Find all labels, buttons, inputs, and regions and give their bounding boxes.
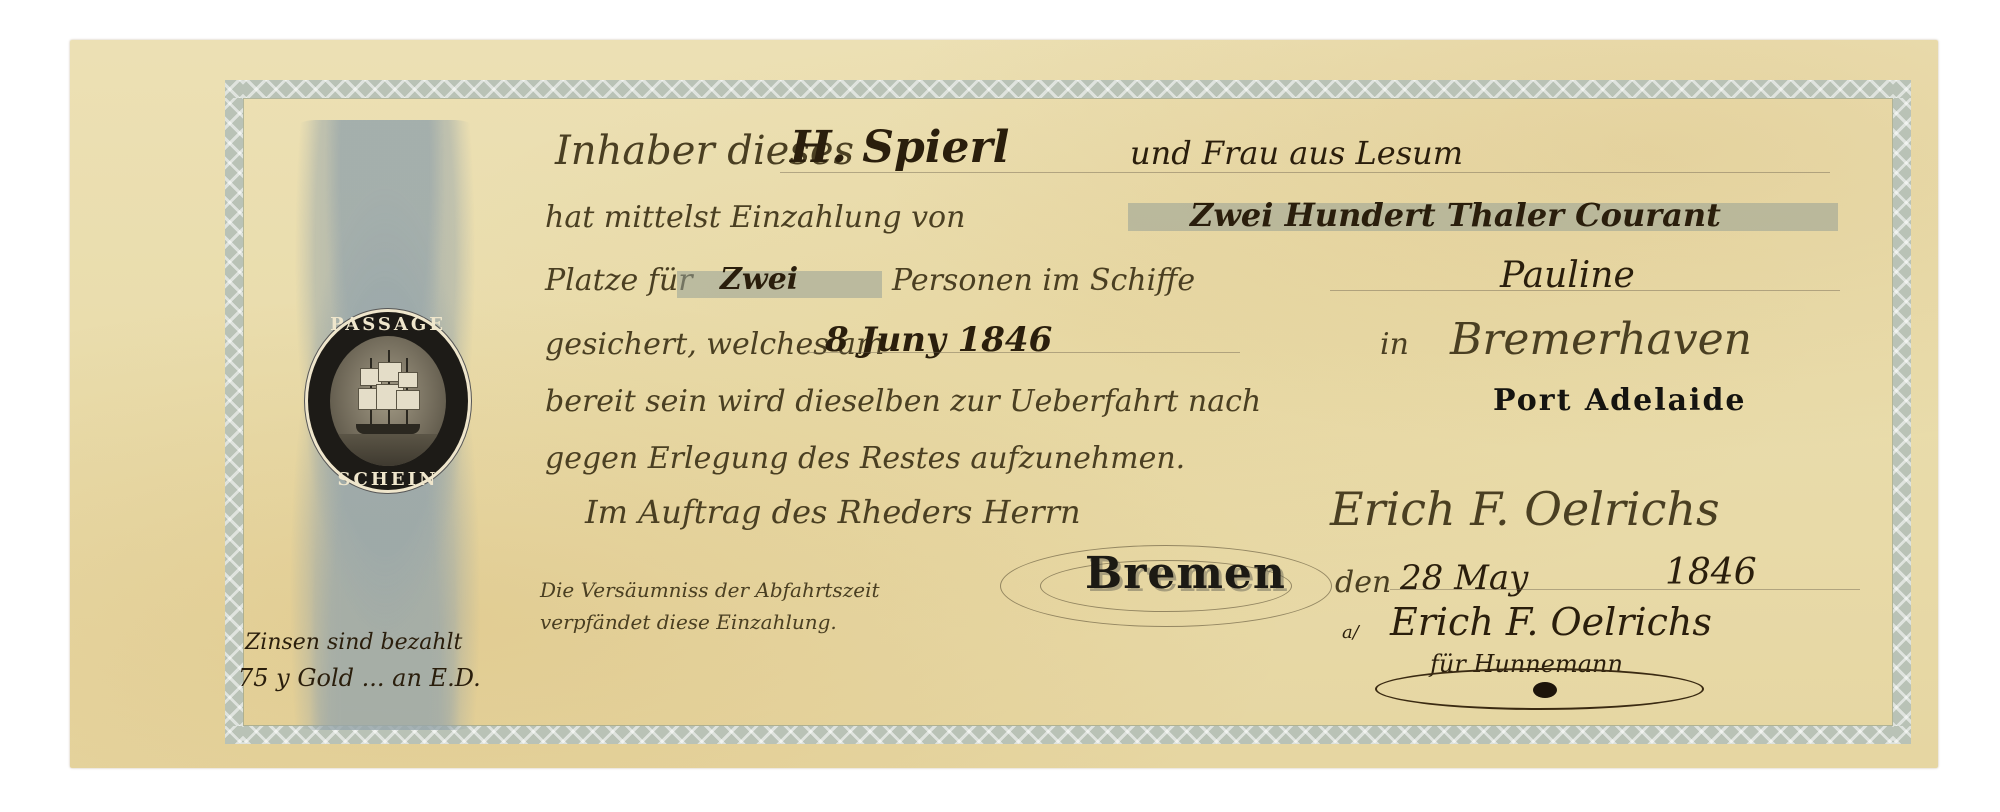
fill-line — [1390, 589, 1860, 590]
vignette-top-text: PASSAGE — [308, 314, 468, 335]
fill-line — [800, 352, 1240, 353]
filled-amount: Zwei Hundert Thaler Courant — [1190, 196, 1721, 234]
margin-note-line-1: Zinsen sind bezahlt — [245, 630, 462, 655]
ink-blot — [1533, 682, 1557, 698]
notice-line-2: verpfändet diese Einzahlung. — [540, 610, 837, 634]
vignette-bottom-text: SCHEIN — [308, 469, 468, 490]
printed-shipowner-name: Erich F. Oelrichs — [1330, 482, 1720, 536]
city-bremen: Bremen — [1085, 548, 1286, 599]
sea-graphic — [330, 434, 446, 466]
printed-text-personen: Personen im Schiffe — [892, 263, 1195, 298]
issue-year: 1846 — [1665, 552, 1757, 593]
fill-line — [1330, 290, 1840, 291]
sail — [396, 390, 420, 410]
signature-prefix: a/ — [1342, 622, 1359, 643]
stamped-destination: Port Adelaide — [1493, 383, 1747, 418]
printed-text-ueberfahrt: bereit sein wird dieselben zur Ueberfahr… — [545, 384, 1261, 419]
filled-person-count: Zwei — [720, 262, 798, 297]
printed-text-den: den — [1335, 565, 1391, 600]
printed-text-erlegung: gegen Erlegung des Restes aufzunehmen. — [545, 441, 1185, 476]
filled-issue-date: 28 May — [1400, 558, 1528, 598]
printed-text-in: in — [1380, 327, 1409, 362]
printed-text-einzahlung: hat mittelst Einzahlung von — [545, 200, 965, 235]
notice-line-1: Die Versäumniss der Abfahrtszeit — [540, 578, 880, 602]
printed-text-platze: Platze für — [545, 263, 693, 298]
filled-holder-companion: und Frau aus Lesum — [1130, 134, 1463, 172]
margin-note-line-2: 75 y Gold ... an E.D. — [238, 664, 481, 692]
passage-schein-vignette: PASSAGE SCHEIN — [308, 312, 468, 490]
printed-text-auftrag: Im Auftrag des Rheders Herrn — [585, 493, 1081, 531]
signature: Erich F. Oelrichs — [1390, 600, 1712, 644]
printed-port-bremerhaven: Bremerhaven — [1450, 314, 1752, 365]
sail — [398, 372, 418, 388]
fill-line — [780, 172, 1830, 173]
ship-icon — [330, 336, 446, 466]
filled-holder-name: H. Spierl — [790, 122, 1009, 173]
filled-departure-date: 8 Juny 1846 — [825, 320, 1052, 360]
